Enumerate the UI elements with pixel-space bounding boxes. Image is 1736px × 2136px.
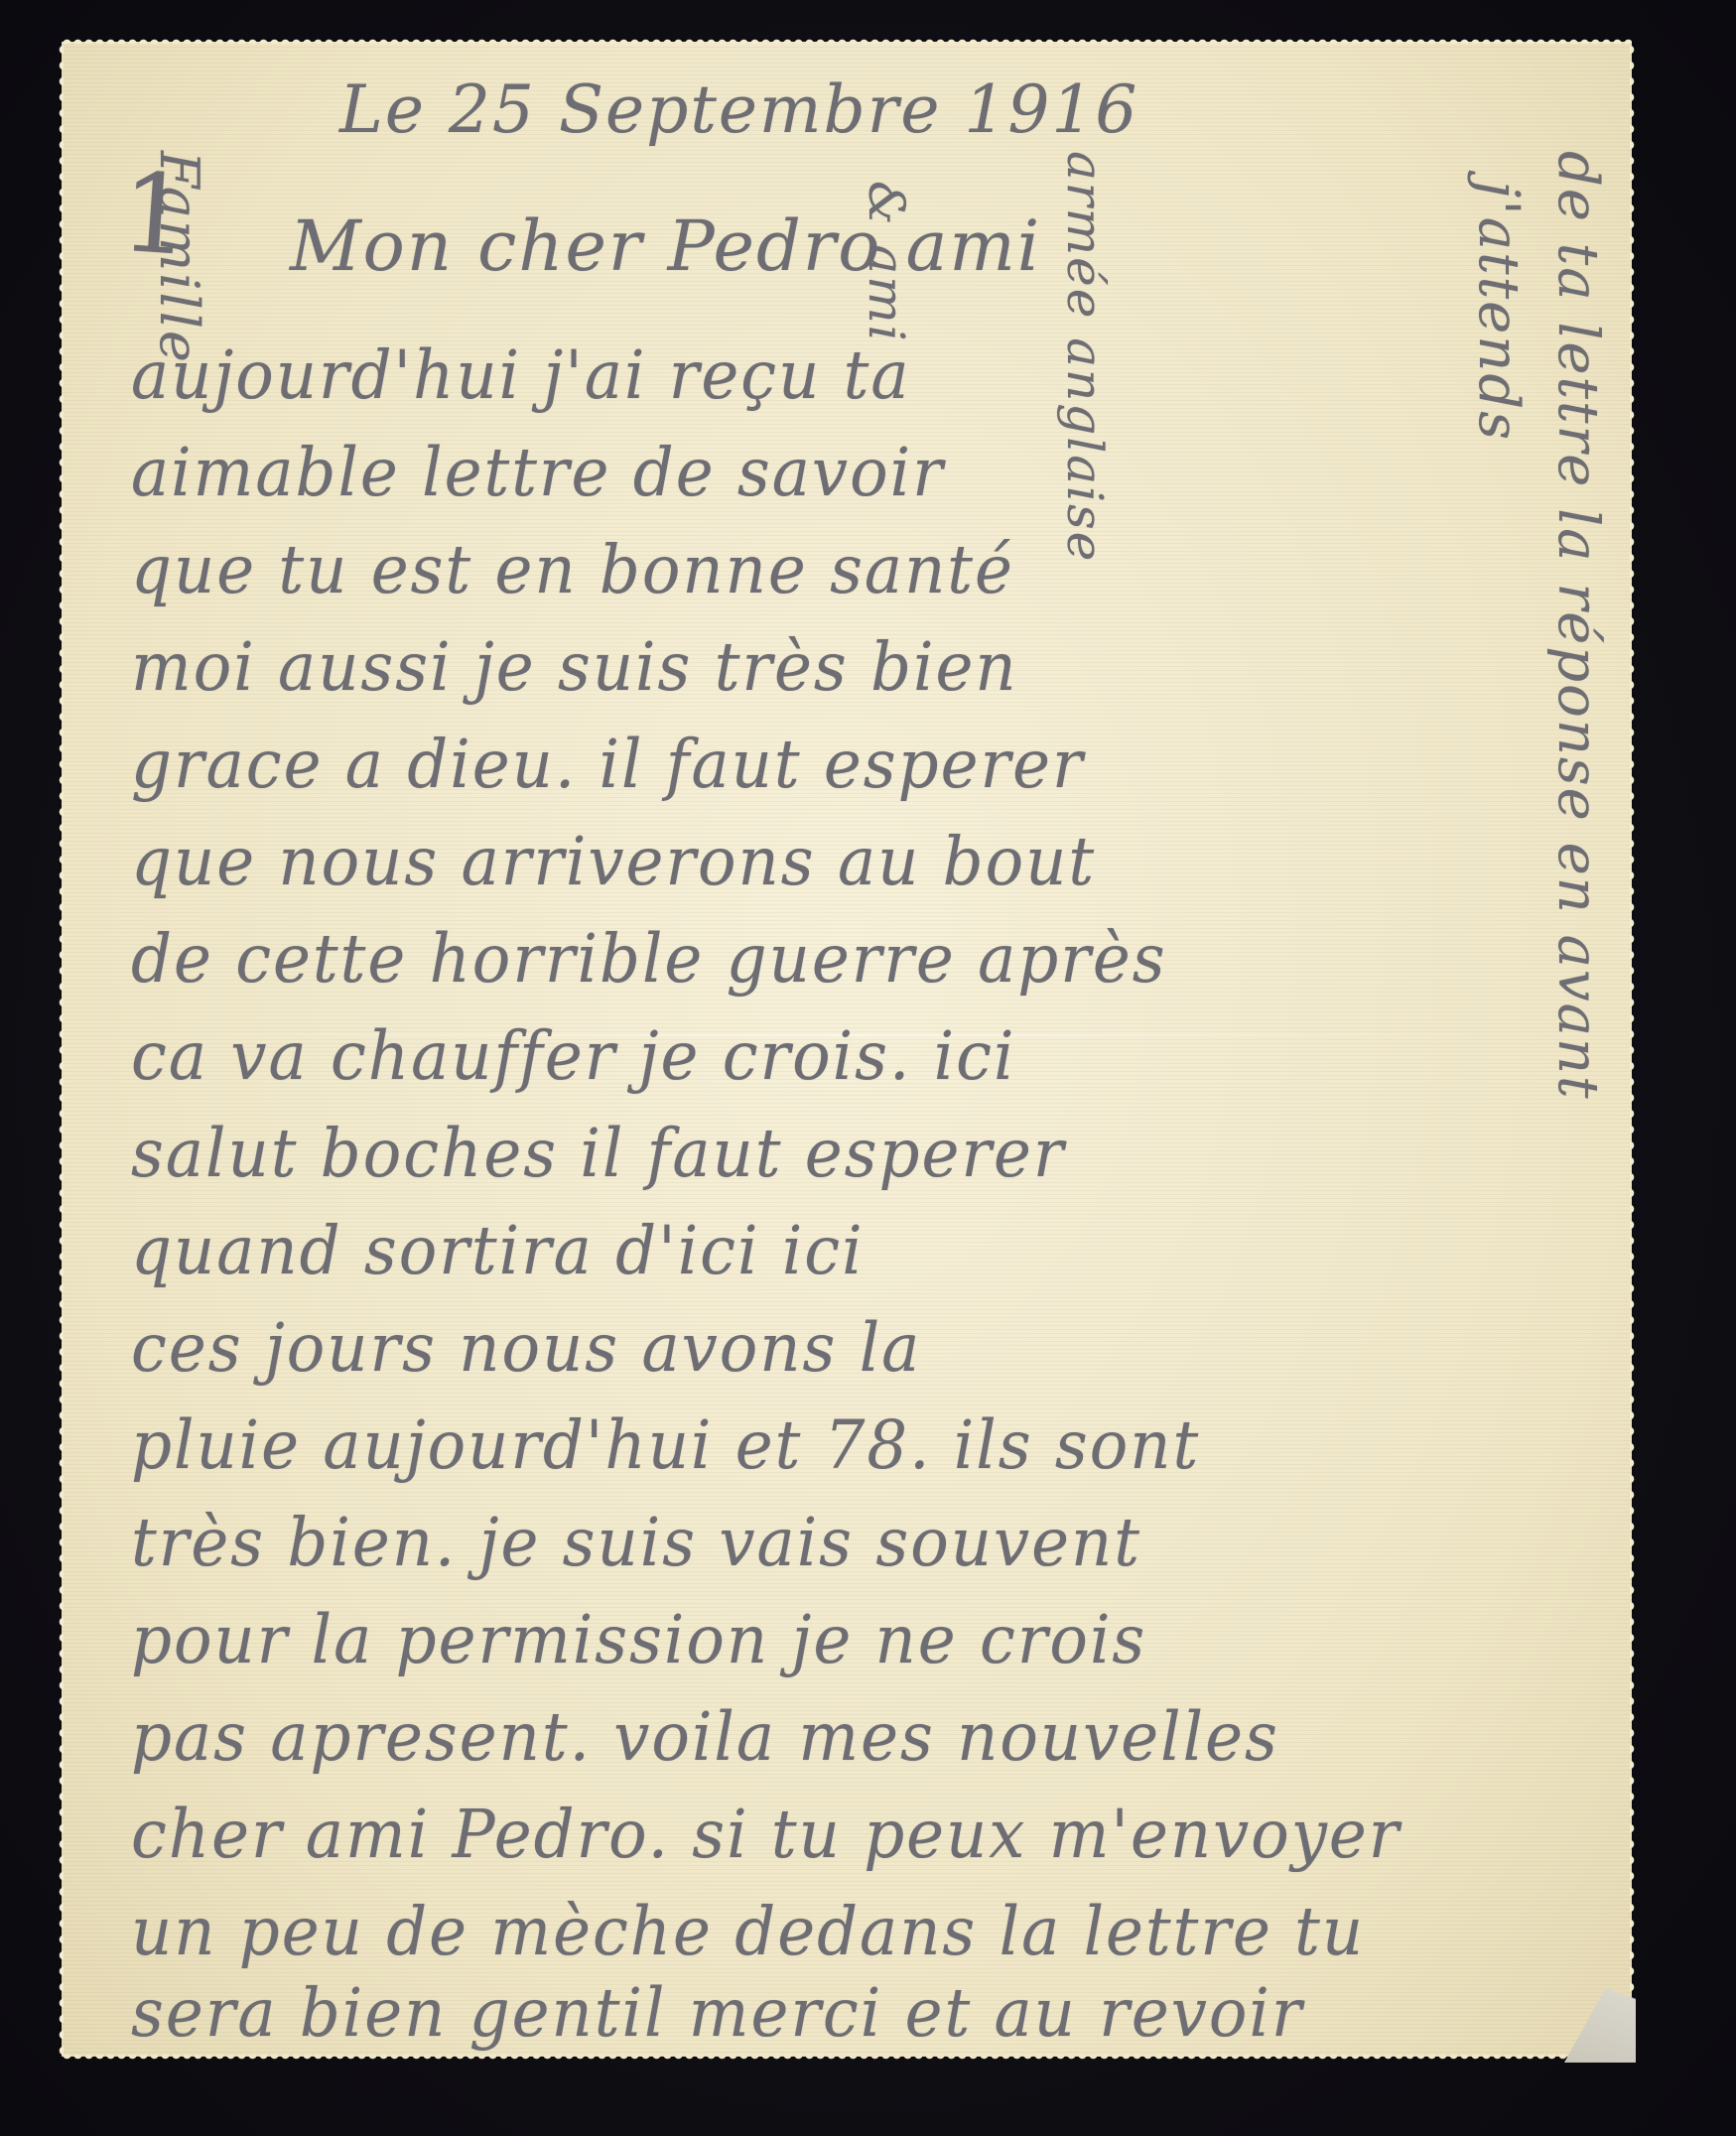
body-line: aimable lettre de savoir [131, 435, 945, 512]
letter-date: Le 25 Septembre 1916 [339, 71, 1138, 148]
body-line: ces jours nous avons la [131, 1310, 921, 1388]
body-line: un peu de mèche dedans la lettre tu [131, 1894, 1365, 1971]
body-line: que nous arriverons au bout [131, 824, 1096, 901]
margin-note-center-2: armée anglaise [1056, 151, 1114, 563]
body-line: de cette horrible guerre après [131, 921, 1167, 999]
perforated-edge-right [1630, 42, 1640, 2057]
perforated-edge-left [54, 42, 64, 2057]
body-line: aujourd'hui j'ai reçu ta [131, 337, 911, 415]
body-line: pluie aujourd'hui et 78. ils sont [131, 1407, 1200, 1485]
letter-card: 1 Le 25 Septembre 1916 Mon cher Pedro am… [62, 42, 1632, 2057]
body-line: grace a dieu. il faut esperer [131, 727, 1085, 804]
body-line: moi aussi je suis très bien [131, 629, 1018, 707]
body-line: quand sortira d'ici ici [131, 1213, 865, 1290]
body-line: pour la permission je ne crois [131, 1602, 1146, 1679]
scan-background: 1 Le 25 Septembre 1916 Mon cher Pedro am… [0, 0, 1736, 2136]
body-line: ca va chauffer je crois. ici [131, 1018, 1015, 1096]
perforated-edge-top [62, 34, 1632, 44]
margin-note-center-1: & ami [858, 181, 915, 343]
torn-corner [1546, 1934, 1636, 2063]
body-line: salut boches il faut esperer [131, 1116, 1065, 1193]
salutation: Mon cher Pedro ami [290, 205, 1041, 287]
body-line: cher ami Pedro. si tu peux m'envoyer [131, 1797, 1401, 1874]
margin-note-right-2: de ta lettre la réponse en avant [1545, 151, 1610, 1101]
body-line: très bien. je suis vais souvent [131, 1505, 1141, 1582]
body-line: pas apresent. voila mes nouvelles [131, 1699, 1279, 1777]
margin-note-left: Famille [148, 151, 210, 364]
perforated-edge-bottom [62, 2055, 1632, 2065]
margin-note-right-1: j'attends [1466, 181, 1531, 442]
body-line: que tu est en bonne santé [131, 532, 1014, 609]
body-line: sera bien gentil merci et au revoir [131, 1975, 1303, 2053]
